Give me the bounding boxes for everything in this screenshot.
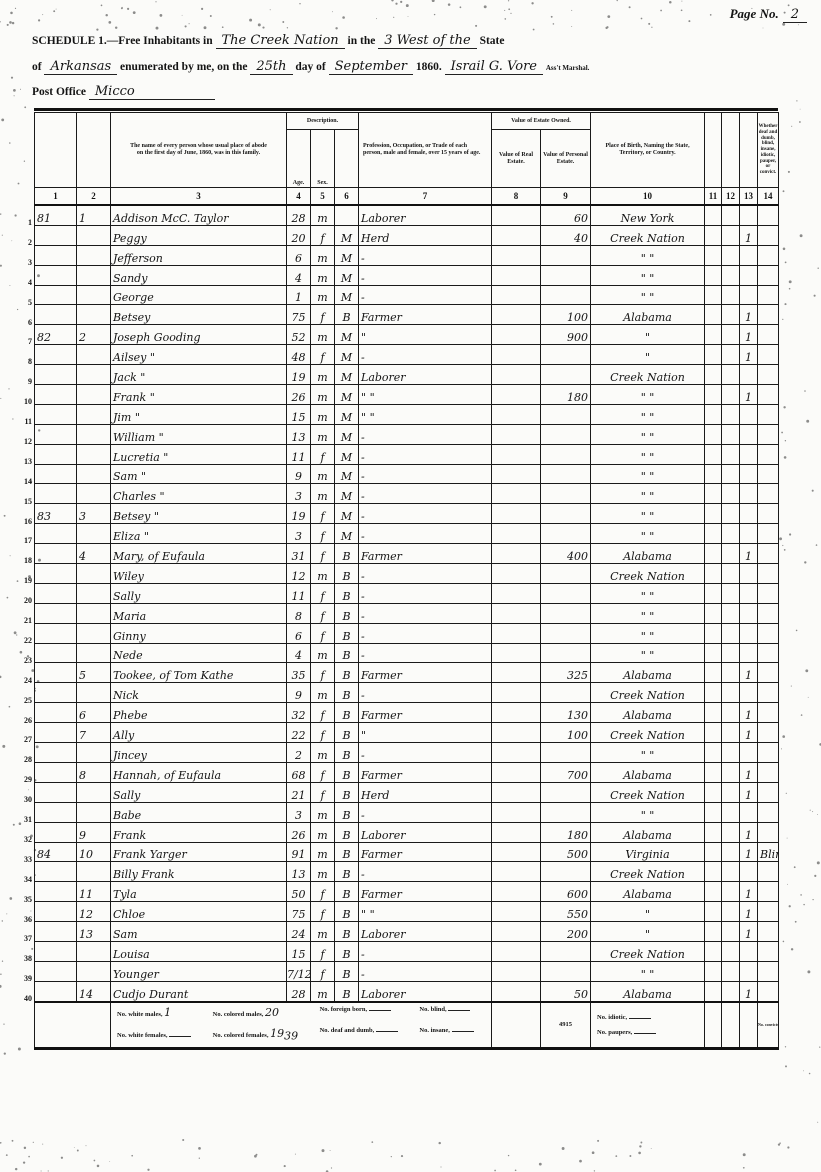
census-row: 12Chloe75fB" "550"1 <box>35 902 779 922</box>
sex: m <box>311 325 335 345</box>
illiterate-flag: 1 <box>740 544 758 564</box>
line-number: 13 <box>24 457 32 466</box>
illiterate-flag <box>740 683 758 703</box>
illiterate-flag: 1 <box>740 663 758 683</box>
married-flag <box>705 703 722 723</box>
dwelling-number <box>35 782 77 802</box>
family-number <box>77 643 111 663</box>
occupation: - <box>359 245 492 265</box>
birthplace: " " <box>591 424 705 444</box>
marshal-value: Israil G. Vore <box>445 59 543 75</box>
married-flag <box>705 385 722 405</box>
birthplace: Alabama <box>591 544 705 564</box>
person-name: Sam " <box>111 464 287 484</box>
dwelling-number: 82 <box>35 325 77 345</box>
census-row: Sam "9mM-" " <box>35 464 779 484</box>
census-row: Wiley12mB-Creek Nation <box>35 564 779 584</box>
married-flag <box>705 623 722 643</box>
illiterate-flag: 1 <box>740 325 758 345</box>
state-value: Arkansas <box>44 59 117 75</box>
real-estate-value <box>492 782 541 802</box>
age: 3 <box>287 802 311 822</box>
personal-estate-value <box>541 285 591 305</box>
real-estate-value <box>492 404 541 424</box>
person-name: Eliza " <box>111 524 287 544</box>
illiterate-flag <box>740 404 758 424</box>
enumerated-label: enumerated by me, on the <box>120 61 247 73</box>
school-flag <box>722 345 740 365</box>
sex: m <box>311 922 335 942</box>
dwelling-number <box>35 862 77 882</box>
color: B <box>335 723 359 743</box>
sex: f <box>311 225 335 245</box>
occupation: " " <box>359 902 492 922</box>
sex: f <box>311 882 335 902</box>
line-number: 15 <box>24 497 32 506</box>
color: M <box>335 484 359 504</box>
color: B <box>335 703 359 723</box>
occupation: - <box>359 862 492 882</box>
census-row: 822Joseph Gooding52mM"900"1 <box>35 325 779 345</box>
in-the-label: in the <box>348 35 376 47</box>
infirmity <box>758 882 779 902</box>
age: 48 <box>287 345 311 365</box>
school-flag <box>722 882 740 902</box>
illiterate-flag: 1 <box>740 723 758 743</box>
dwelling-number <box>35 703 77 723</box>
occupation: Farmer <box>359 703 492 723</box>
color: M <box>335 345 359 365</box>
school-flag <box>722 941 740 961</box>
family-number <box>77 743 111 763</box>
col-header-name: The name of every person whose usual pla… <box>111 113 287 188</box>
married-flag <box>705 365 722 385</box>
color: B <box>335 802 359 822</box>
school-flag <box>722 743 740 763</box>
line-number: 26 <box>24 716 32 725</box>
real-estate-value <box>492 882 541 902</box>
age: 13 <box>287 862 311 882</box>
color: B <box>335 782 359 802</box>
dwelling-number <box>35 802 77 822</box>
age: 35 <box>287 663 311 683</box>
person-name: Betsey <box>111 305 287 325</box>
infirmity <box>758 941 779 961</box>
color: M <box>335 524 359 544</box>
personal-estate-value: 180 <box>541 385 591 405</box>
schedule-title-line: SCHEDULE 1.—Free Inhabitants in The Cree… <box>32 33 813 48</box>
age: 32 <box>287 703 311 723</box>
school-flag <box>722 802 740 822</box>
person-name: Tyla <box>111 882 287 902</box>
dwelling-number <box>35 603 77 623</box>
line-number: 37 <box>24 934 32 943</box>
illiterate-flag: 1 <box>740 782 758 802</box>
birthplace: Creek Nation <box>591 564 705 584</box>
family-number <box>77 862 111 882</box>
school-flag <box>722 504 740 524</box>
sex: m <box>311 464 335 484</box>
dwelling-number <box>35 981 77 1001</box>
col-header-value: Value of Estate Owned. <box>492 113 591 130</box>
age: 3 <box>287 484 311 504</box>
birthplace: Creek Nation <box>591 782 705 802</box>
age: 6 <box>287 245 311 265</box>
occupation: - <box>359 583 492 603</box>
infirmity <box>758 802 779 822</box>
family-number <box>77 225 111 245</box>
line-number: 6 <box>28 318 32 327</box>
person-name: Jincey <box>111 743 287 763</box>
married-flag <box>705 464 722 484</box>
line-number: 14 <box>24 477 32 486</box>
birthplace: " " <box>591 444 705 464</box>
birthplace: " " <box>591 743 705 763</box>
personal-estate-value <box>541 802 591 822</box>
family-number <box>77 683 111 703</box>
married-flag <box>705 603 722 623</box>
day-value: 25th <box>250 59 292 75</box>
personal-estate-value: 600 <box>541 882 591 902</box>
infirmity <box>758 385 779 405</box>
age: 7/12 <box>287 961 311 981</box>
color: B <box>335 902 359 922</box>
occupation: - <box>359 643 492 663</box>
occupation: - <box>359 623 492 643</box>
real-estate-value <box>492 365 541 385</box>
school-flag <box>722 325 740 345</box>
infirmity <box>758 663 779 683</box>
sex: m <box>311 842 335 862</box>
infirmity <box>758 225 779 245</box>
family-number: 7 <box>77 723 111 743</box>
school-flag <box>722 663 740 683</box>
census-row: Jefferson6mM-" " <box>35 245 779 265</box>
birthplace: " " <box>591 643 705 663</box>
col-header-married: Married within the year. <box>705 113 722 188</box>
sex: f <box>311 902 335 922</box>
infirmity <box>758 902 779 922</box>
dwelling-number <box>35 882 77 902</box>
sex: f <box>311 444 335 464</box>
family-number <box>77 345 111 365</box>
birthplace: Alabama <box>591 822 705 842</box>
census-row: Maria8fB-" " <box>35 603 779 623</box>
dwelling-number <box>35 564 77 584</box>
sex: f <box>311 782 335 802</box>
school-flag <box>722 703 740 723</box>
sex: f <box>311 941 335 961</box>
census-row: Jim "15mM" "" " <box>35 404 779 424</box>
married-flag <box>705 544 722 564</box>
column-number: 3 <box>111 188 287 206</box>
age: 75 <box>287 902 311 922</box>
personal-estate-value <box>541 245 591 265</box>
school-flag <box>722 404 740 424</box>
real-estate-value <box>492 643 541 663</box>
infirmity <box>758 762 779 782</box>
family-number <box>77 285 111 305</box>
real-estate-value <box>492 305 541 325</box>
census-row: Frank "26mM" "180" "1 <box>35 385 779 405</box>
dwelling-number <box>35 245 77 265</box>
married-flag <box>705 643 722 663</box>
family-number: 5 <box>77 663 111 683</box>
color: M <box>335 245 359 265</box>
illiterate-flag: 1 <box>740 842 758 862</box>
column-number: 6 <box>335 188 359 206</box>
dwelling-number <box>35 623 77 643</box>
sex: m <box>311 404 335 424</box>
real-estate-value <box>492 464 541 484</box>
personal-estate-value <box>541 265 591 285</box>
illiterate-flag <box>740 424 758 444</box>
personal-estate-value <box>541 464 591 484</box>
summary-idiotic-paupers: No. idiotic, No. paupers, <box>591 1002 705 1049</box>
infirmity <box>758 504 779 524</box>
sex: f <box>311 623 335 643</box>
birthplace: " <box>591 922 705 942</box>
occupation: - <box>359 464 492 484</box>
married-flag <box>705 444 722 464</box>
personal-estate-value: 50 <box>541 981 591 1001</box>
family-number <box>77 941 111 961</box>
real-estate-value <box>492 385 541 405</box>
census-row: Louisa15fB-Creek Nation <box>35 941 779 961</box>
school-flag <box>722 365 740 385</box>
sex: f <box>311 663 335 683</box>
sex: f <box>311 504 335 524</box>
infirmity <box>758 723 779 743</box>
birthplace: Creek Nation <box>591 862 705 882</box>
married-flag <box>705 424 722 444</box>
census-row: Billy Frank13mB-Creek Nation <box>35 862 779 882</box>
illiterate-flag <box>740 444 758 464</box>
married-flag <box>705 564 722 584</box>
person-name: Ally <box>111 723 287 743</box>
line-number: 5 <box>28 298 32 307</box>
dwelling-number <box>35 524 77 544</box>
infirmity <box>758 822 779 842</box>
person-name: Sandy <box>111 265 287 285</box>
family-number <box>77 404 111 424</box>
real-estate-value <box>492 862 541 882</box>
col-header-description: Description. <box>287 113 359 130</box>
illiterate-flag: 1 <box>740 225 758 245</box>
birthplace: " " <box>591 802 705 822</box>
line-number: 20 <box>24 596 32 605</box>
occupation: - <box>359 802 492 822</box>
person-name: Frank Yarger <box>111 842 287 862</box>
person-name: Sally <box>111 583 287 603</box>
married-flag <box>705 802 722 822</box>
sex: m <box>311 643 335 663</box>
birthplace: Creek Nation <box>591 723 705 743</box>
birthplace: " " <box>591 583 705 603</box>
personal-estate-total: 4915 <box>541 1002 591 1049</box>
line-number: 31 <box>24 815 32 824</box>
illiterate-flag <box>740 802 758 822</box>
sex: f <box>311 544 335 564</box>
real-estate-value <box>492 762 541 782</box>
occupation: " " <box>359 404 492 424</box>
birthplace: " <box>591 325 705 345</box>
married-flag <box>705 862 722 882</box>
sex: m <box>311 484 335 504</box>
infirmity <box>758 205 779 225</box>
infirmity <box>758 245 779 265</box>
age: 19 <box>287 504 311 524</box>
illiterate-flag <box>740 365 758 385</box>
school-flag <box>722 822 740 842</box>
birthplace: " <box>591 345 705 365</box>
married-flag <box>705 723 722 743</box>
school-flag <box>722 205 740 225</box>
occupation: Farmer <box>359 544 492 564</box>
married-flag <box>705 782 722 802</box>
line-number: 18 <box>24 556 32 565</box>
infirmity <box>758 623 779 643</box>
marshal-label: Ass't Marshal. <box>546 64 590 72</box>
census-row: 11Tyla50fBFarmer600Alabama1 <box>35 882 779 902</box>
real-estate-value <box>492 922 541 942</box>
person-name: Jefferson <box>111 245 287 265</box>
infirmity <box>758 643 779 663</box>
real-estate-value <box>492 683 541 703</box>
sex: m <box>311 285 335 305</box>
personal-estate-value: 400 <box>541 544 591 564</box>
school-flag <box>722 762 740 782</box>
birthplace: " " <box>591 404 705 424</box>
married-flag <box>705 842 722 862</box>
color: B <box>335 623 359 643</box>
infirmity <box>758 484 779 504</box>
age: 19 <box>287 365 311 385</box>
age: 22 <box>287 723 311 743</box>
color: M <box>335 325 359 345</box>
age: 28 <box>287 205 311 225</box>
married-flag <box>705 981 722 1001</box>
census-table: Dwelling-houses numbered in the order of… <box>34 112 778 1050</box>
line-number: 10 <box>24 397 32 406</box>
illiterate-flag <box>740 941 758 961</box>
line-number: 16 <box>24 517 32 526</box>
census-row: Lucretia "11fM-" " <box>35 444 779 464</box>
col-header-occupation: Profession, Occupation, or Trade of each… <box>359 113 492 188</box>
school-flag <box>722 285 740 305</box>
line-number: 36 <box>24 915 32 924</box>
sex: m <box>311 564 335 584</box>
census-row: 8Hannah, of Eufaula68fBFarmer700Alabama1 <box>35 762 779 782</box>
column-number: 14 <box>758 188 779 206</box>
infirmity <box>758 583 779 603</box>
birthplace: Alabama <box>591 663 705 683</box>
real-estate-value <box>492 822 541 842</box>
occupation: Laborer <box>359 922 492 942</box>
birthplace: Creek Nation <box>591 941 705 961</box>
color: B <box>335 922 359 942</box>
school-flag <box>722 583 740 603</box>
personal-estate-value <box>541 961 591 981</box>
dwelling-number <box>35 922 77 942</box>
school-flag <box>722 225 740 245</box>
occupation: - <box>359 345 492 365</box>
census-row: 5Tookee, of Tom Kathe35fBFarmer325Alabam… <box>35 663 779 683</box>
person-name: Nede <box>111 643 287 663</box>
family-number <box>77 802 111 822</box>
illiterate-flag: 1 <box>740 822 758 842</box>
person-name: Sam <box>111 922 287 942</box>
personal-estate-value <box>541 941 591 961</box>
illiterate-flag <box>740 743 758 763</box>
real-estate-value <box>492 524 541 544</box>
age: 15 <box>287 941 311 961</box>
family-number <box>77 603 111 623</box>
occupation: " <box>359 723 492 743</box>
dwelling-number <box>35 365 77 385</box>
census-row: 14Cudjo Durant28mBLaborer50Alabama1 <box>35 981 779 1001</box>
line-number: 17 <box>24 536 32 545</box>
color: M <box>335 265 359 285</box>
illiterate-flag <box>740 245 758 265</box>
age: 26 <box>287 385 311 405</box>
line-number: 1 <box>28 218 32 227</box>
personal-estate-value: 550 <box>541 902 591 922</box>
sex: f <box>311 723 335 743</box>
married-flag <box>705 822 722 842</box>
person-name: Nick <box>111 683 287 703</box>
age: 50 <box>287 882 311 902</box>
age: 26 <box>287 822 311 842</box>
census-row: Eliza "3fM-" " <box>35 524 779 544</box>
birthplace: Alabama <box>591 305 705 325</box>
family-number <box>77 444 111 464</box>
infirmity <box>758 961 779 981</box>
personal-estate-value <box>541 504 591 524</box>
day-of-label: day of <box>295 61 325 73</box>
school-flag <box>722 643 740 663</box>
personal-estate-value: 60 <box>541 205 591 225</box>
school-flag <box>722 862 740 882</box>
personal-estate-value: 100 <box>541 723 591 743</box>
person-name: George <box>111 285 287 305</box>
birthplace: Creek Nation <box>591 225 705 245</box>
line-number: 30 <box>24 795 32 804</box>
col-header-family: Families numbered in the order of visita… <box>77 113 111 188</box>
person-name: Joseph Gooding <box>111 325 287 345</box>
age: 6 <box>287 623 311 643</box>
school-flag <box>722 782 740 802</box>
dwelling-number: 81 <box>35 205 77 225</box>
line-number: 28 <box>24 755 32 764</box>
color: B <box>335 941 359 961</box>
color: B <box>335 663 359 683</box>
married-flag <box>705 882 722 902</box>
real-estate-value <box>492 663 541 683</box>
age: 11 <box>287 444 311 464</box>
sex: f <box>311 345 335 365</box>
color: M <box>335 444 359 464</box>
age: 31 <box>287 544 311 564</box>
occupation: Farmer <box>359 305 492 325</box>
col-header-infirmity: Whether deaf and dumb, blind, insane, id… <box>758 113 779 188</box>
birthplace: " " <box>591 265 705 285</box>
occupation: - <box>359 603 492 623</box>
dwelling-number <box>35 643 77 663</box>
school-flag <box>722 723 740 743</box>
married-flag <box>705 683 722 703</box>
post-office-line: Post Office Micco <box>32 84 813 99</box>
